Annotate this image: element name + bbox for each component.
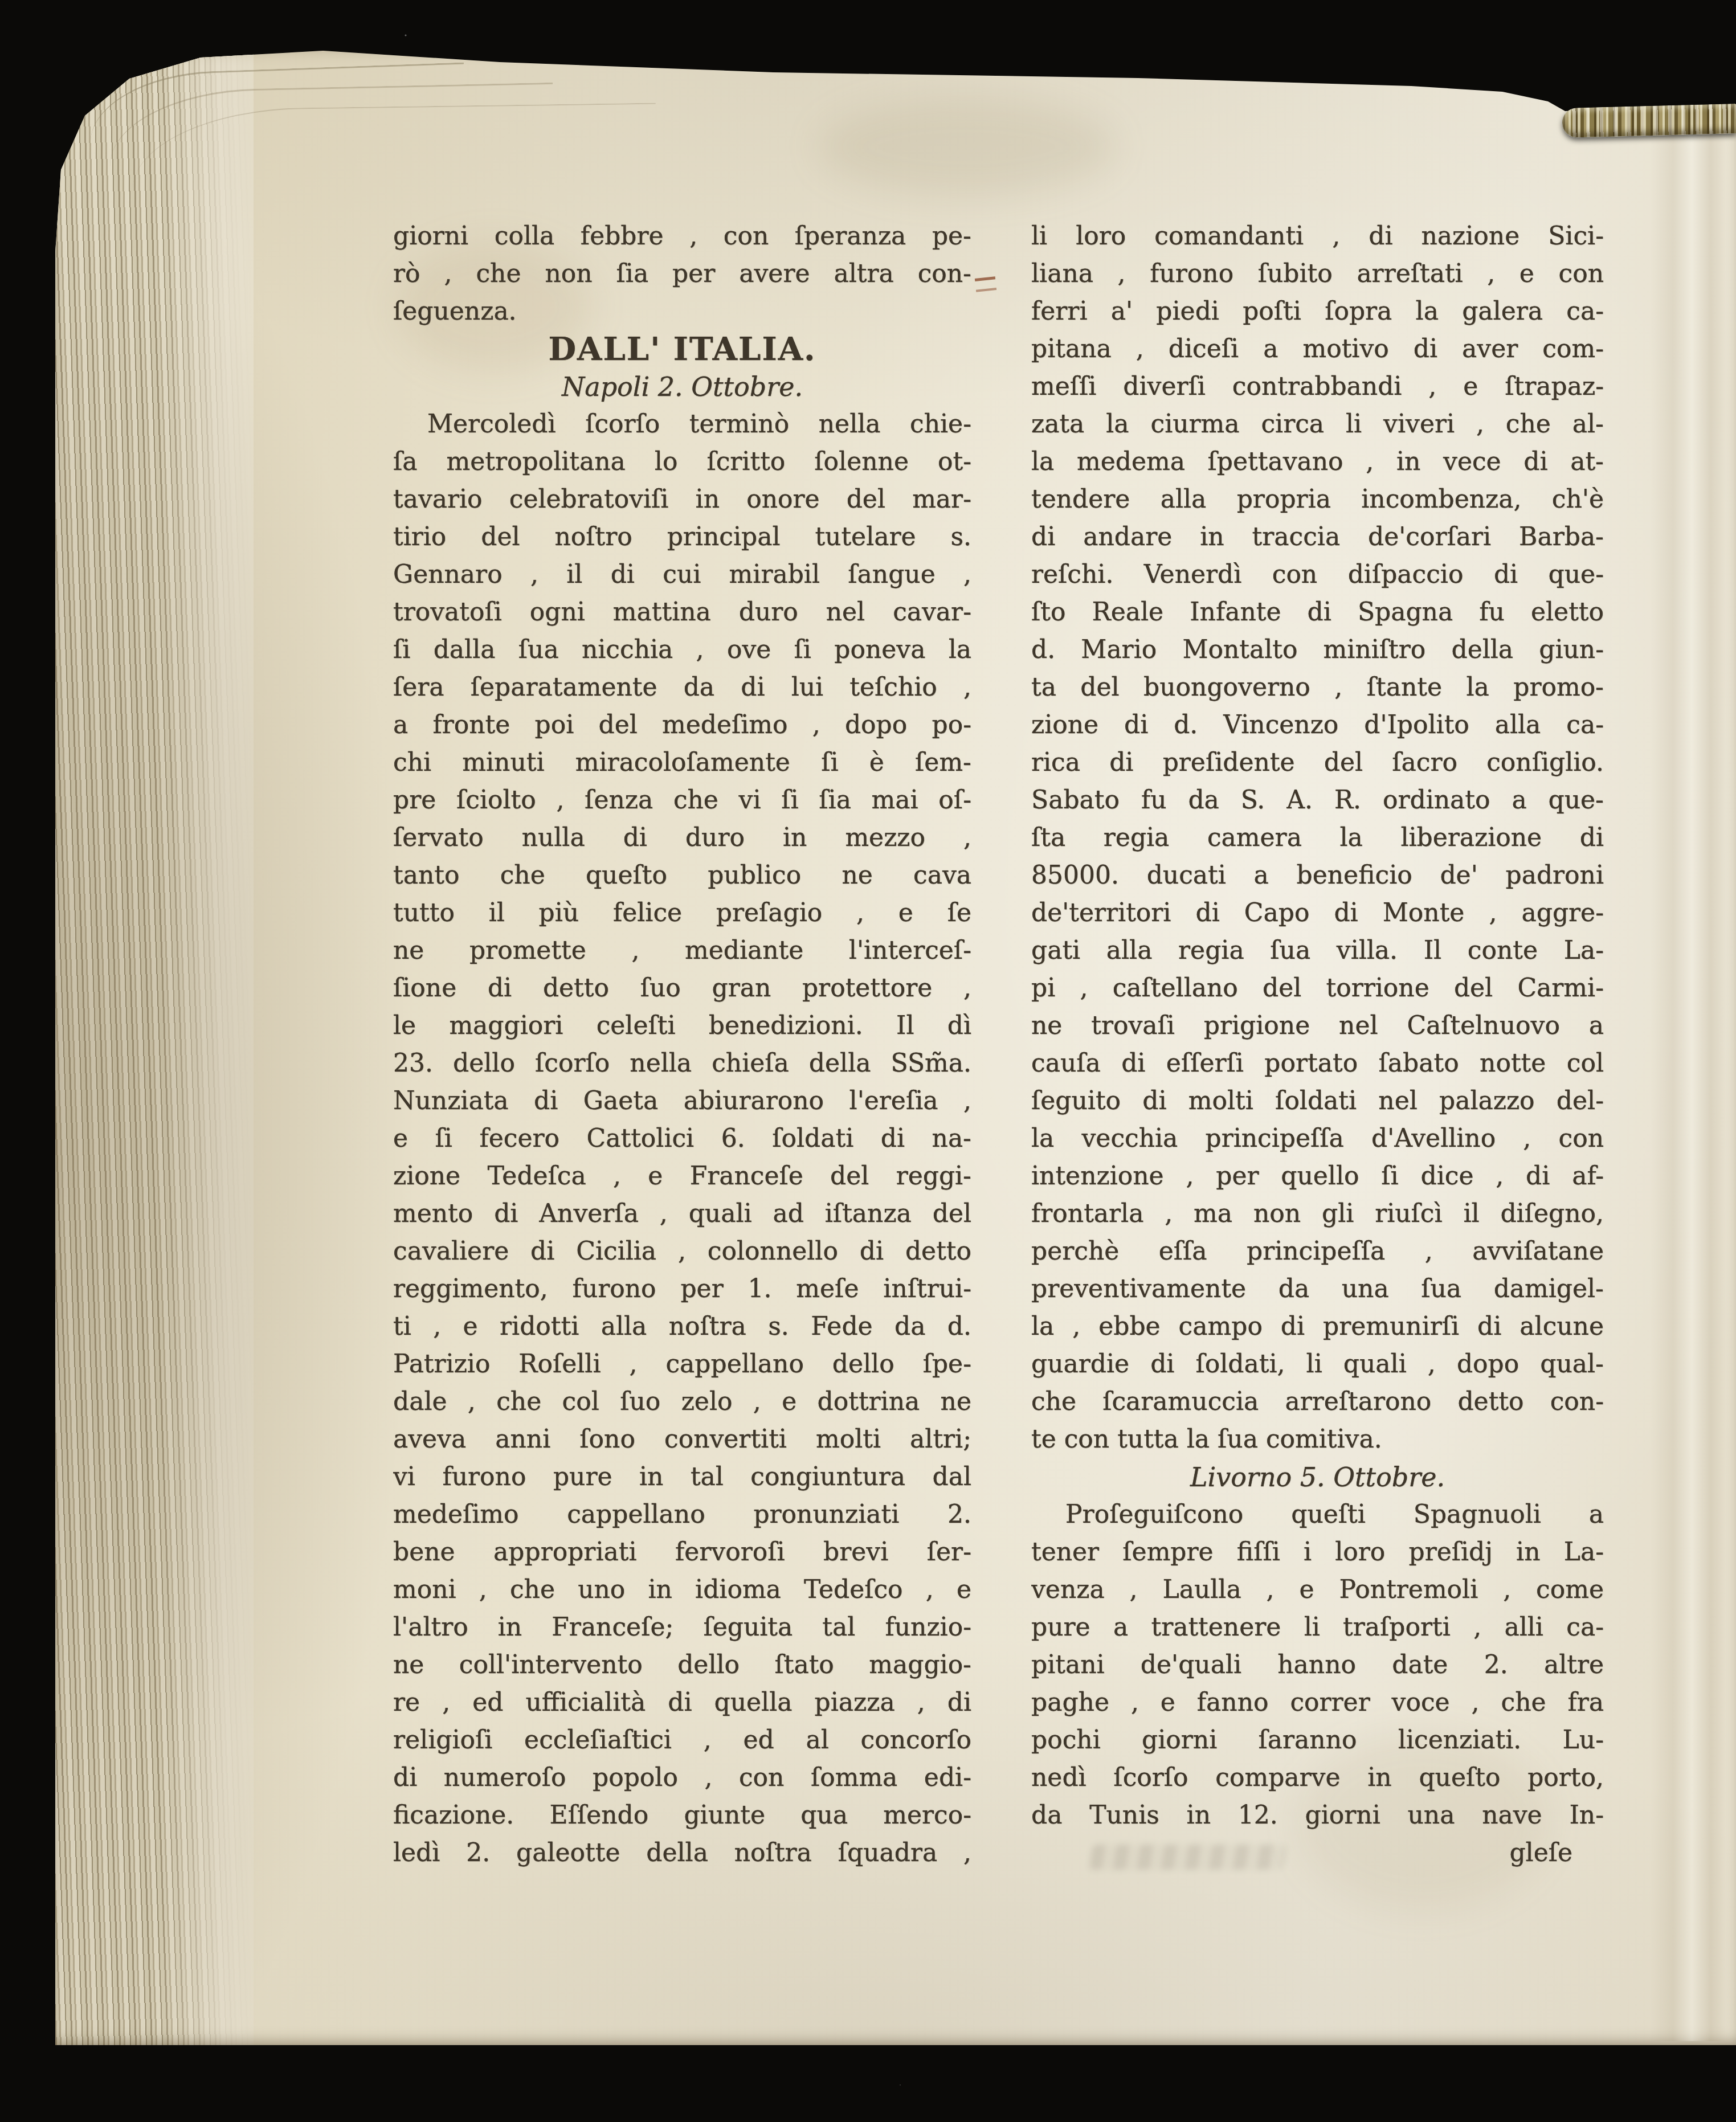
ink-mark [975,276,996,292]
text-line: ſi dalla ſua nicchia , ove ſi poneva la [393,631,971,669]
text-line: pre ſciolto , ſenza che vi ſi ſia mai oſ… [393,782,971,819]
text-line: perchè eſſa principeſſa , avviſatane [1031,1233,1604,1270]
text-line: l'altro in Franceſe; ſeguita tal funzio- [393,1609,971,1646]
text-line: gati alla regia ſua villa. Il conte La- [1031,932,1604,970]
text-line: ledì 2. galeotte della noſtra ſquadra , [393,1834,971,1872]
text-line: bene appropriati fervoroſi brevi ſer- [393,1534,971,1571]
text-line: Patrizio Roſelli , cappellano dello ſpe- [393,1346,971,1383]
text-line: intenzione , per quello ſi dice , di af- [1031,1158,1604,1195]
text-line: Nunziata di Gaeta abiurarono l'ereſia , [393,1082,971,1120]
text-line: moni , che uno in idioma Tedeſco , e [393,1571,971,1609]
text-line: 85000. ducati a beneficio de' padroni [1031,857,1604,894]
text-line: tanto che queſto publico ne cava [393,857,971,894]
text-line: rò , che non ſia per avere altra con- [393,255,971,293]
text-line: la vecchia principeſſa d'Avellino , con [1031,1120,1604,1158]
text-line: Sabato fu da S. A. R. ordinato a que- [1031,782,1604,819]
text-line: preventivamente da una ſua damigel- [1031,1270,1604,1308]
text-line: ſervato nulla di duro in mezzo , [393,819,971,857]
text-line: venza , Laulla , e Pontremoli , come [1031,1571,1604,1609]
text-line: pitani de'quali hanno date 2. altre [1031,1646,1604,1684]
text-line: li loro comandanti , di nazione Sici- [1031,218,1604,255]
text-line: paghe , e fanno correr voce , che fra [1031,1684,1604,1722]
text-line: Proſeguiſcono queſti Spagnuoli a [1031,1496,1604,1534]
text-line: ſeguenza. [393,293,971,330]
text-line: giorni colla febbre , con ſperanza pe- [393,218,971,255]
text-line: ſione di detto ſuo gran protettore , [393,970,971,1007]
text-line: tutto il più felice preſagio , e ſe [393,894,971,932]
text-line: frontarla , ma non gli riuſcì il diſegno… [1031,1195,1604,1233]
text-line: la medema ſpettavano , in vece di at- [1031,443,1604,481]
text-line: ne coll'intervento dello ſtato maggio- [393,1646,971,1684]
text-line: liana , furono ſubito arreſtati , e con [1031,255,1604,293]
text-line: vi furono pure in tal congiuntura dal [393,1458,971,1496]
text-column-right: li loro comandanti , di nazione Sici-lia… [1031,218,1604,1872]
text-line: tirio del noſtro principal tutelare s. [393,518,971,556]
text-line: cavaliere di Cicilia , colonnello di det… [393,1233,971,1270]
text-line: guardie di ſoldati, li quali , dopo qual… [1031,1346,1604,1383]
endband-weave [1562,104,1736,138]
text-line: pitana , diceſi a motivo di aver com- [1031,330,1604,368]
text-line: ſera ſeparatamente da di lui teſchio , [393,669,971,706]
text-line: ne trovaſi prigione nel Caſtelnuovo a [1031,1007,1604,1045]
text-line: dale , che col ſuo zelo , e dottrina ne [393,1383,971,1421]
text-line: le maggiori celeſti benedizioni. Il dì [393,1007,971,1045]
text-line: nedì ſcorſo comparve in queſto porto, [1031,1759,1604,1797]
text-line: ti , e ridotti alla noſtra s. Fede da d. [393,1308,971,1346]
text-line: reſchi. Venerdì con diſpaccio di que- [1031,556,1604,594]
section-header: DALL' ITALIA. [393,330,971,368]
book-photo: giorni colla febbre , con ſperanza pe-rò… [0,0,1736,2122]
text-line: pi , caſtellano del torrione del Carmi- [1031,970,1604,1007]
dateline-napoli: Napoli 2. Ottobre. [393,368,971,406]
text-line: de'territori di Capo di Monte , aggre- [1031,894,1604,932]
text-line: tener ſempre fiſſi i loro preſidj in La- [1031,1534,1604,1571]
text-line: la , ebbe campo di premunirſi di alcune [1031,1308,1604,1346]
text-line: ferri a' piedi poſti ſopra la galera ca- [1031,293,1604,330]
text-line: re , ed ufficialità di quella piazza , d… [393,1684,971,1722]
text-line: ſa metropolitana lo ſcritto ſolenne ot- [393,443,971,481]
text-line: zata la ciurma circa li viveri , che al- [1031,406,1604,443]
text-line: 23. dello ſcorſo nella chieſa della SSm̃… [393,1045,971,1082]
page-edge-stack [55,47,254,2045]
text-line: medeſimo cappellano pronunziati 2. [393,1496,971,1534]
text-column-left: giorni colla febbre , con ſperanza pe-rò… [393,218,971,1872]
text-line: pochi giorni ſaranno licenziati. Lu- [1031,1722,1604,1759]
text-line: di andare in traccia de'corſari Barba- [1031,518,1604,556]
text-line: cauſa di eſſerſi portato ſabato notte co… [1031,1045,1604,1082]
text-line: da Tunis in 12. giorni una nave In- [1031,1797,1604,1834]
text-line: aveva anni ſono convertiti molti altri; [393,1421,971,1458]
text-line: di numeroſo popolo , con ſomma edi- [393,1759,971,1797]
text-line: d. Mario Montalto miniſtro della giun- [1031,631,1604,669]
text-line: ta del buongoverno , ſtante la promo- [1031,669,1604,706]
text-line: chi minuti miracoloſamente ſi è ſem- [393,744,971,782]
bleedthrough-smudge [1089,1845,1286,1870]
text-line: rica di preſidente del ſacro conſiglio. [1031,744,1604,782]
text-line: e ſi fecero Cattolici 6. ſoldati di na- [393,1120,971,1158]
page-crease [1651,127,1726,2041]
text-line: mento di Anverſa , quali ad iſtanza del [393,1195,971,1233]
text-line: tendere alla propria incombenza, ch'è [1031,481,1604,518]
text-line: ſto Reale Infante di Spagna fu eletto [1031,594,1604,631]
paper-stain [819,99,1115,195]
text-line: Gennaro , il di cui mirabil ſangue , [393,556,971,594]
text-line: meſſi diverſi contrabbandi , e ſtrapaz- [1031,368,1604,406]
text-line: ne promette , mediante l'interceſ- [393,932,971,970]
text-line: ſta regia camera la liberazione di [1031,819,1604,857]
text-line: zione Tedeſca , e Franceſe del reggi- [393,1158,971,1195]
text-line: che ſcaramuccia arreſtarono detto con- [1031,1383,1604,1421]
text-line: reggimento, furono per 1. meſe inſtrui- [393,1270,971,1308]
text-line: a fronte poi del medeſimo , dopo po- [393,706,971,744]
text-line: trovatoſi ogni mattina duro nel cavar- [393,594,971,631]
text-line: ſeguito di molti ſoldati nel palazzo del… [1031,1082,1604,1120]
text-line: tavario celebratoviſi in onore del mar- [393,481,971,518]
text-line: Mercoledì ſcorſo terminò nella chie- [393,406,971,443]
dateline-livorno: Livorno 5. Ottobre. [1031,1458,1604,1496]
text-line: te con tutta la ſua comitiva. [1031,1421,1604,1458]
text-line: ficazione. Eſſendo giunte qua merco- [393,1797,971,1834]
text-line: pure a trattenere li traſporti , alli ca… [1031,1609,1604,1646]
text-line: zione di d. Vincenzo d'Ipolito alla ca- [1031,706,1604,744]
text-line: religioſi eccleſiaſtici , ed al concorſo [393,1722,971,1759]
